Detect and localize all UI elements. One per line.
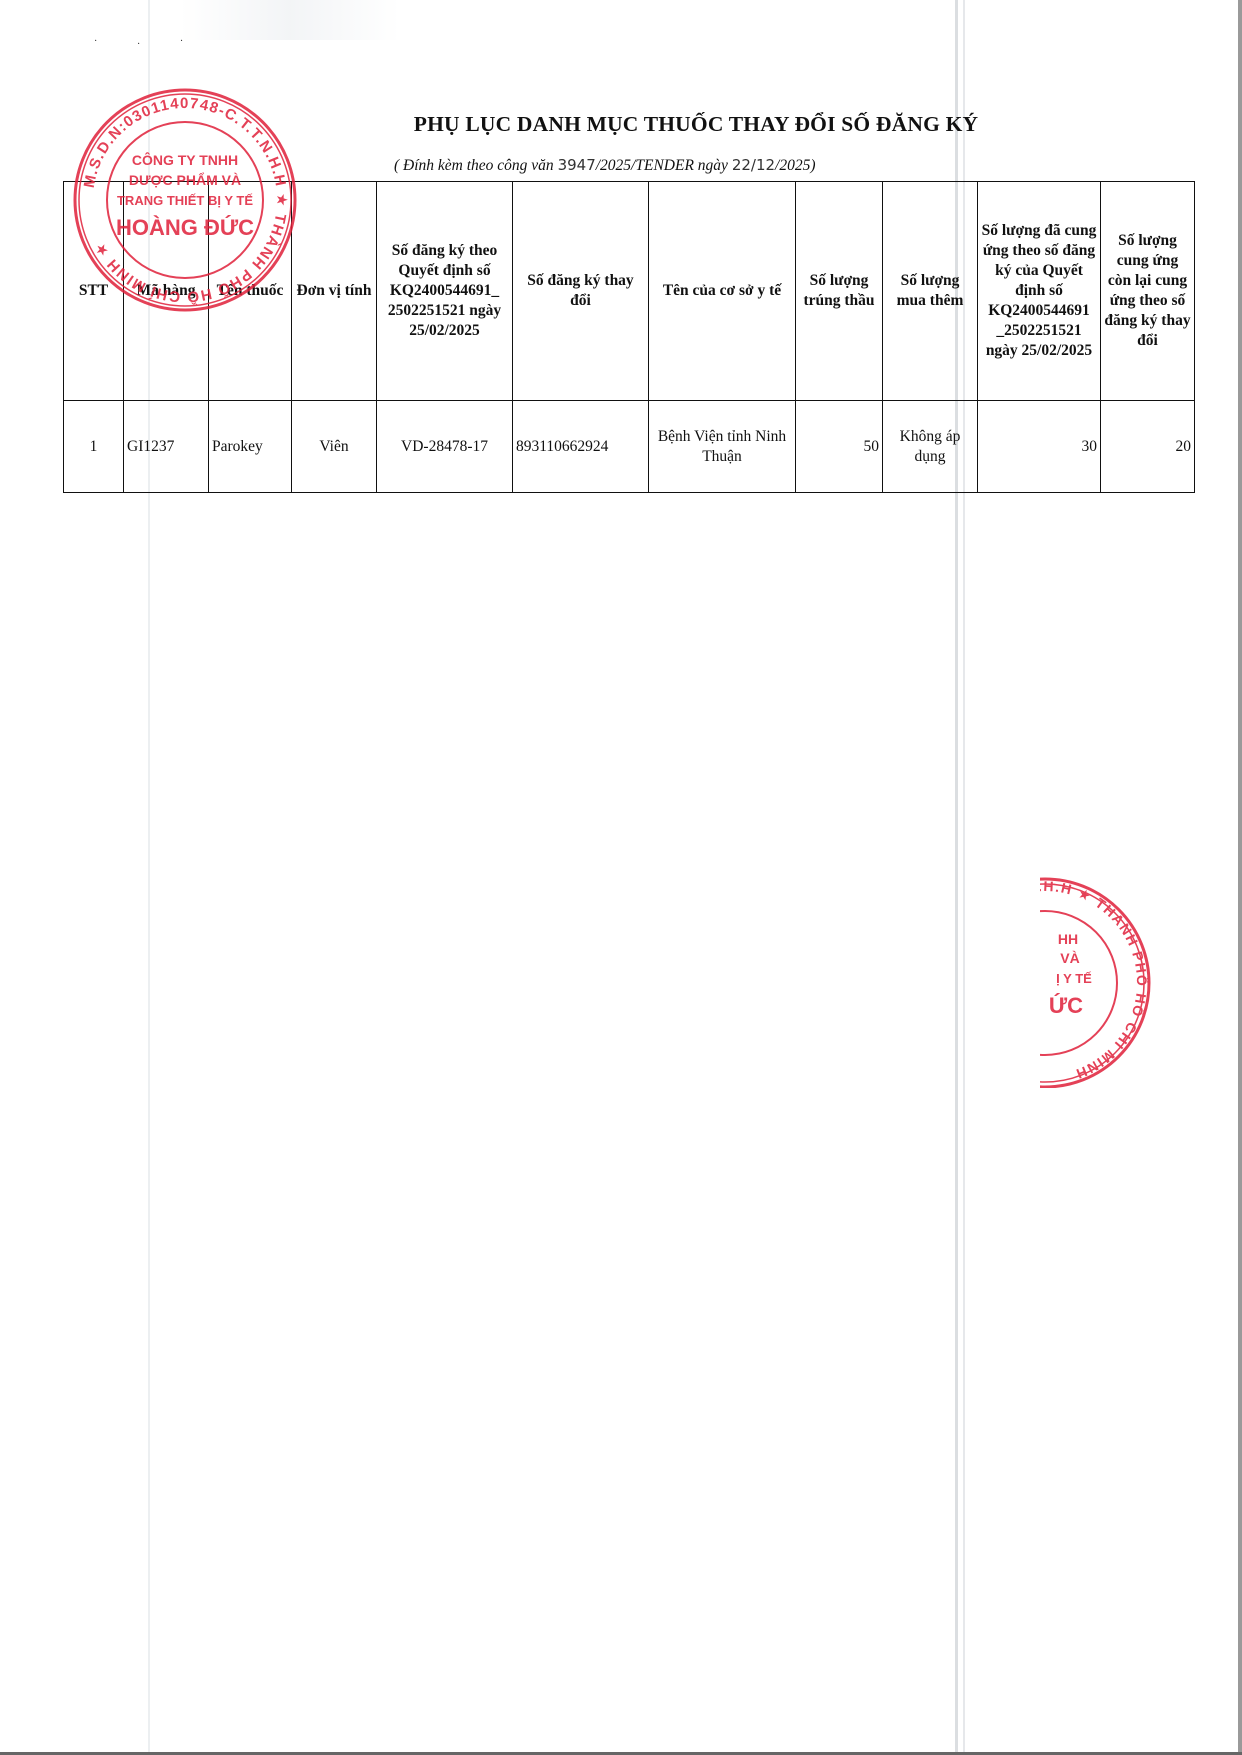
drug-registration-table: STT Mã hàng Tên thuốc Đơn vị tính Số đăn… <box>63 181 1195 493</box>
subtitle-prefix: ( Đính kèm theo công văn <box>394 157 558 174</box>
subtitle-suffix: /2025) <box>775 157 815 174</box>
partial-stamp-line-4: ỨC <box>1049 993 1083 1018</box>
cell-co-so-y-te: Bệnh Viện tỉnh Ninh Thuận <box>649 401 796 493</box>
cell-ma-hang: GI1237 <box>124 401 209 493</box>
cell-sl-trung-thau: 50 <box>796 401 883 493</box>
header-sl-mua-them: Số lượng mua thêm <box>883 182 978 401</box>
partial-stamp-line-3: Ị Y TẾ <box>1056 971 1092 986</box>
table-header-row: STT Mã hàng Tên thuốc Đơn vị tính Số đăn… <box>64 182 1195 401</box>
cell-sl-con-lai: 20 <box>1101 401 1195 493</box>
scan-edge <box>1238 0 1242 1755</box>
cell-sl-da-cung-ung: 30 <box>978 401 1101 493</box>
scan-specks: ·.· <box>94 36 223 47</box>
header-ten-thuoc: Tên thuốc <box>209 182 292 401</box>
header-sl-con-lai: Số lượng cung ứng còn lại cung ứng theo … <box>1101 182 1195 401</box>
cell-sl-mua-them: Không áp dụng <box>883 401 978 493</box>
cell-stt: 1 <box>64 401 124 493</box>
partial-stamp-line-1: HH <box>1058 931 1078 947</box>
cell-don-vi-tinh: Viên <box>292 401 377 493</box>
subtitle-middle: /2025/TENDER ngày <box>596 157 732 174</box>
document-title: PHỤ LỤC DANH MỤC THUỐC THAY ĐỔI SỐ ĐĂNG … <box>0 112 1242 137</box>
header-stt: STT <box>64 182 124 401</box>
header-sl-trung-thau: Số lượng trúng thầu <box>796 182 883 401</box>
partial-seal-stamp: C.T.T.N.H.H ★ THÀNH PHỐ HỒ CHÍ MINH HH V… <box>1040 868 1170 1088</box>
header-so-dang-ky-cu: Số đăng ký theo Quyết định số KQ24005446… <box>377 182 513 401</box>
header-co-so-y-te: Tên của cơ sở y tế <box>649 182 796 401</box>
cell-so-dang-ky-cu: VD-28478-17 <box>377 401 513 493</box>
header-so-dang-ky-moi: Số đăng ký thay đổi <box>513 182 649 401</box>
table-row: 1 GI1237 Parokey Viên VD-28478-17 893110… <box>64 401 1195 493</box>
handwritten-date: 22/12 <box>732 156 775 174</box>
cell-so-dang-ky-moi: 893110662924 <box>513 401 649 493</box>
document-subtitle: ( Đính kèm theo công văn 3947/2025/TENDE… <box>394 156 816 175</box>
header-sl-da-cung-ung: Số lượng đã cung ứng theo số đăng ký của… <box>978 182 1101 401</box>
header-ma-hang: Mã hàng <box>124 182 209 401</box>
handwritten-doc-number: 3947 <box>558 156 596 174</box>
cell-ten-thuoc: Parokey <box>209 401 292 493</box>
scan-shadow <box>180 0 400 40</box>
header-don-vi-tinh: Đơn vị tính <box>292 182 377 401</box>
partial-stamp-ring-text: C.T.T.N.H.H ★ THÀNH PHỐ HỒ CHÍ MINH <box>1040 878 1151 1083</box>
partial-stamp-line-2: VÀ <box>1060 950 1079 966</box>
stamp-line-1: CÔNG TY TNHH <box>132 151 238 168</box>
